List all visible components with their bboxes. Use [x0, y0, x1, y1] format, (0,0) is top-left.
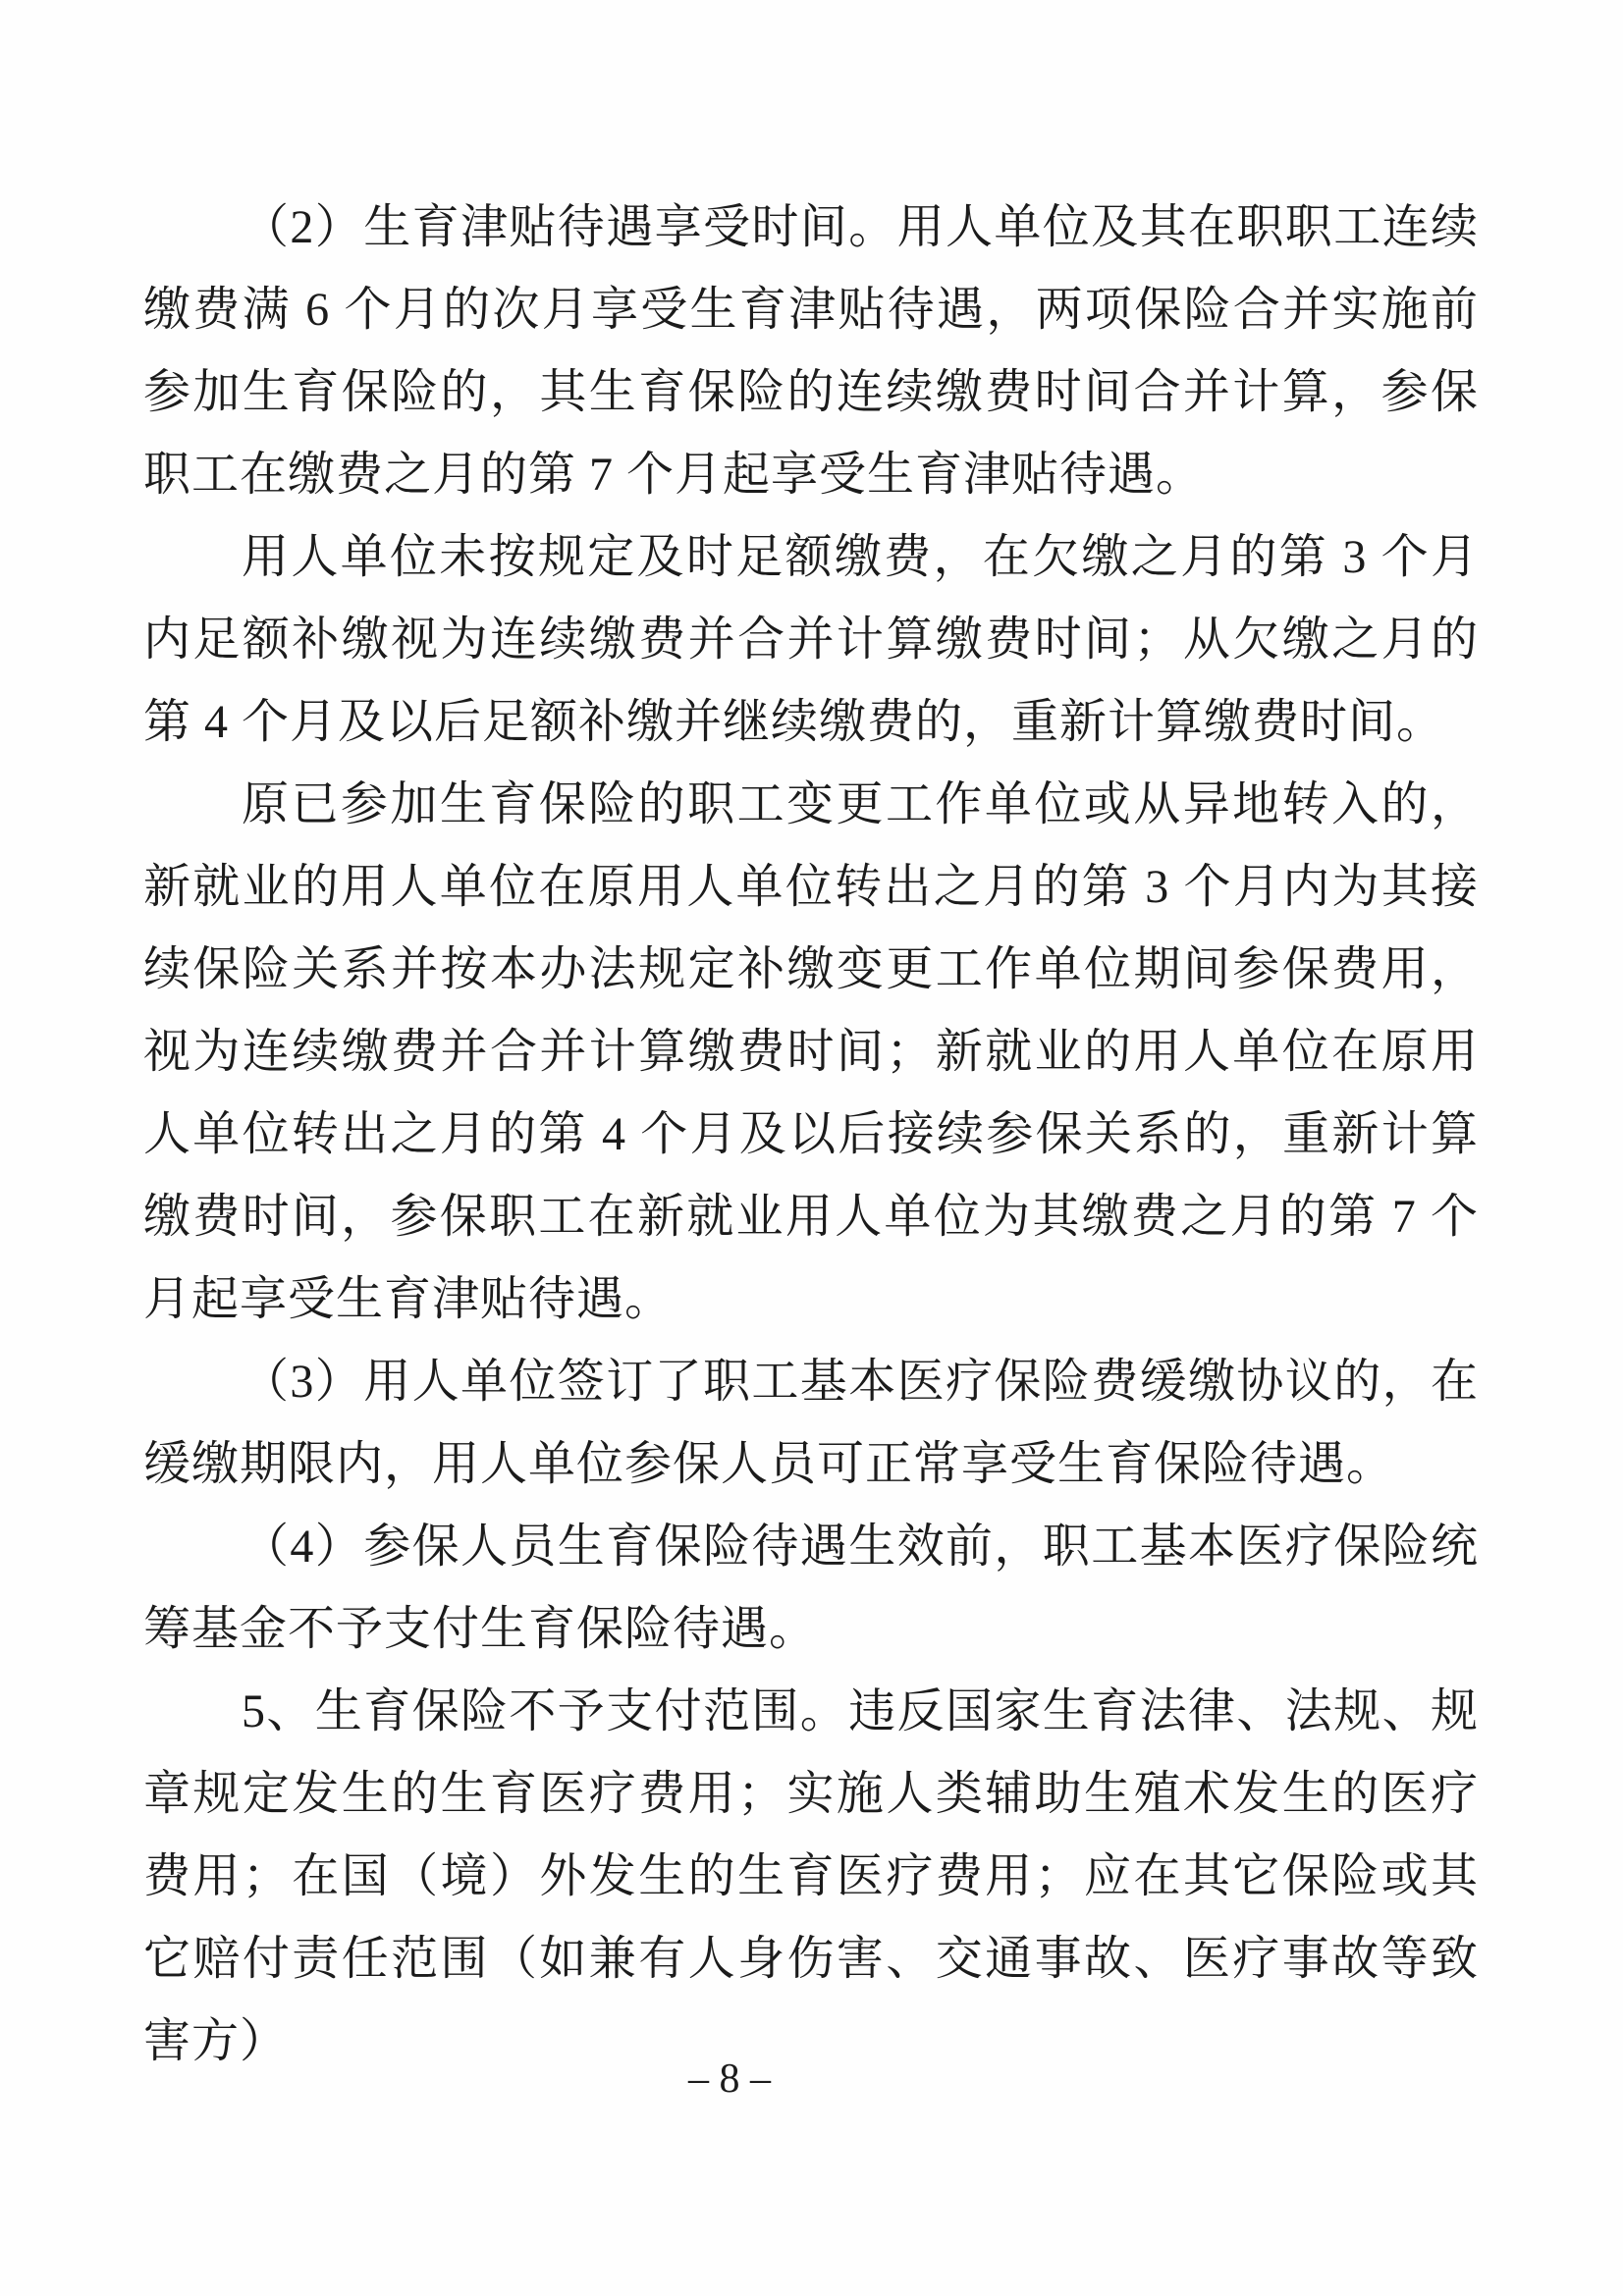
document-body: （2）生育津贴待遇享受时间。用人单位及其在职职工连续缴费满 6 个月的次月享受生…	[143, 187, 1479, 2083]
paragraph-maternity-allowance-time: （2）生育津贴待遇享受时间。用人单位及其在职职工连续缴费满 6 个月的次月享受生…	[143, 187, 1479, 516]
paragraph-job-change-rule: 原已参加生育保险的职工变更工作单位或从异地转入的，新就业的用人单位在原用人单位转…	[143, 764, 1479, 1341]
paragraph-pre-effective-no-payment: （4）参保人员生育保险待遇生效前，职工基本医疗保险统筹基金不予支付生育保险待遇。	[143, 1506, 1479, 1671]
page-number: – 8 –	[688, 2056, 771, 2102]
page-footer: – 8 –	[0, 2050, 1459, 2109]
document-page: （2）生育津贴待遇享受时间。用人单位及其在职职工连续缴费满 6 个月的次月享受生…	[0, 0, 1623, 2296]
paragraph-deferred-payment-agreement: （3）用人单位签订了职工基本医疗保险费缓缴协议的，在缓缴期限内，用人单位参保人员…	[143, 1341, 1479, 1506]
paragraph-non-payment-scope: 5、生育保险不予支付范围。违反国家生育法律、法规、规章规定发生的生育医疗费用；实…	[143, 1671, 1479, 2083]
paragraph-late-payment-rule: 用人单位未按规定及时足额缴费，在欠缴之月的第 3 个月内足额补缴视为连续缴费并合…	[143, 516, 1479, 764]
